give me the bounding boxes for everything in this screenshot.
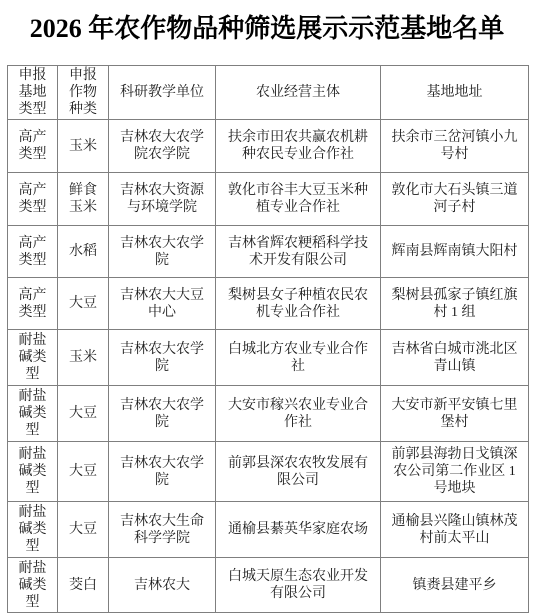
table-row: 高产类型 玉米 吉林农大农学院农学院 扶余市田农共赢农机耕种农民专业合作社 扶余…	[8, 120, 529, 173]
table-cell: 高产类型	[8, 226, 58, 278]
table-cell: 白城天原生态农业开发有限公司	[216, 558, 381, 613]
column-header-research-unit: 科研教学单位	[109, 66, 216, 120]
table-cell: 敦化市谷丰大豆玉米种植专业合作社	[216, 173, 381, 226]
column-header-base-type: 申报基地类型	[8, 66, 58, 120]
column-header-business-entity: 农业经营主体	[216, 66, 381, 120]
table-cell: 高产类型	[8, 120, 58, 173]
column-header-crop-type: 申报作物种类	[58, 66, 109, 120]
table-row: 耐盐碱类型 大豆 吉林农大农学院 前郭县深农农牧发展有限公司 前郭县海勃日戈镇深…	[8, 442, 529, 502]
document-page: 2026 年农作物品种筛选展示示范基地名单 申报基地类型 申报作物种类 科研教学…	[0, 6, 534, 616]
table-cell: 大豆	[58, 442, 109, 502]
table-cell: 梨树县女子种植农民农机专业合作社	[216, 278, 381, 330]
table-cell: 玉米	[58, 330, 109, 386]
table-cell: 前郭县海勃日戈镇深农公司第二作业区 1 号地块	[381, 442, 529, 502]
table-cell: 吉林农大农学院	[109, 330, 216, 386]
table-row: 耐盐碱类型 茭白 吉林农大 白城天原生态农业开发有限公司 镇赉县建平乡	[8, 558, 529, 613]
table-cell: 耐盐碱类型	[8, 502, 58, 558]
base-list-table: 申报基地类型 申报作物种类 科研教学单位 农业经营主体 基地地址 高产类型 玉米…	[7, 65, 529, 613]
table-row: 耐盐碱类型 大豆 吉林农大农学院 大安市稼兴农业专业合作社 大安市新平安镇七里堡…	[8, 386, 529, 442]
table-cell: 高产类型	[8, 173, 58, 226]
table-cell: 镇赉县建平乡	[381, 558, 529, 613]
table-row: 高产类型 鲜食玉米 吉林农大资源与环境学院 敦化市谷丰大豆玉米种植专业合作社 敦…	[8, 173, 529, 226]
table-cell: 茭白	[58, 558, 109, 613]
table-row: 耐盐碱类型 玉米 吉林农大农学院 白城北方农业专业合作社 吉林省白城市洮北区青山…	[8, 330, 529, 386]
table-cell: 高产类型	[8, 278, 58, 330]
table-cell: 大安市新平安镇七里堡村	[381, 386, 529, 442]
table-cell: 大豆	[58, 386, 109, 442]
table-cell: 扶余市三岔河镇小九号村	[381, 120, 529, 173]
table-cell: 耐盐碱类型	[8, 386, 58, 442]
table-cell: 吉林农大生命科学学院	[109, 502, 216, 558]
table-cell: 前郭县深农农牧发展有限公司	[216, 442, 381, 502]
table-cell: 吉林农大农学院	[109, 226, 216, 278]
table-row: 高产类型 水稻 吉林农大农学院 吉林省辉农粳稻科学技术开发有限公司 辉南县辉南镇…	[8, 226, 529, 278]
table-row: 高产类型 大豆 吉林农大大豆中心 梨树县女子种植农民农机专业合作社 梨树县孤家子…	[8, 278, 529, 330]
table-cell: 敦化市大石头镇三道河子村	[381, 173, 529, 226]
table-cell: 扶余市田农共赢农机耕种农民专业合作社	[216, 120, 381, 173]
table-cell: 白城北方农业专业合作社	[216, 330, 381, 386]
table-cell: 吉林省辉农粳稻科学技术开发有限公司	[216, 226, 381, 278]
table-cell: 玉米	[58, 120, 109, 173]
table-cell: 吉林农大资源与环境学院	[109, 173, 216, 226]
table-cell: 大豆	[58, 278, 109, 330]
table-cell: 辉南县辉南镇大阳村	[381, 226, 529, 278]
table-cell: 耐盐碱类型	[8, 442, 58, 502]
table-cell: 耐盐碱类型	[8, 330, 58, 386]
table-cell: 吉林农大农学院	[109, 442, 216, 502]
column-header-base-address: 基地地址	[381, 66, 529, 120]
table-cell: 通榆县綦英华家庭农场	[216, 502, 381, 558]
table-cell: 大安市稼兴农业专业合作社	[216, 386, 381, 442]
table-cell: 吉林农大	[109, 558, 216, 613]
table-cell: 水稻	[58, 226, 109, 278]
table-cell: 吉林农大农学院农学院	[109, 120, 216, 173]
table-cell: 吉林农大大豆中心	[109, 278, 216, 330]
page-title: 2026 年农作物品种筛选展示示范基地名单	[0, 6, 534, 45]
table-cell: 吉林农大农学院	[109, 386, 216, 442]
table-cell: 鲜食玉米	[58, 173, 109, 226]
table-cell: 吉林省白城市洮北区青山镇	[381, 330, 529, 386]
table-row: 耐盐碱类型 大豆 吉林农大生命科学学院 通榆县綦英华家庭农场 通榆县兴隆山镇林茂…	[8, 502, 529, 558]
table-cell: 梨树县孤家子镇红旗村 1 组	[381, 278, 529, 330]
table-cell: 大豆	[58, 502, 109, 558]
table-cell: 耐盐碱类型	[8, 558, 58, 613]
table-header-row: 申报基地类型 申报作物种类 科研教学单位 农业经营主体 基地地址	[8, 66, 529, 120]
table-cell: 通榆县兴隆山镇林茂村前太平山	[381, 502, 529, 558]
